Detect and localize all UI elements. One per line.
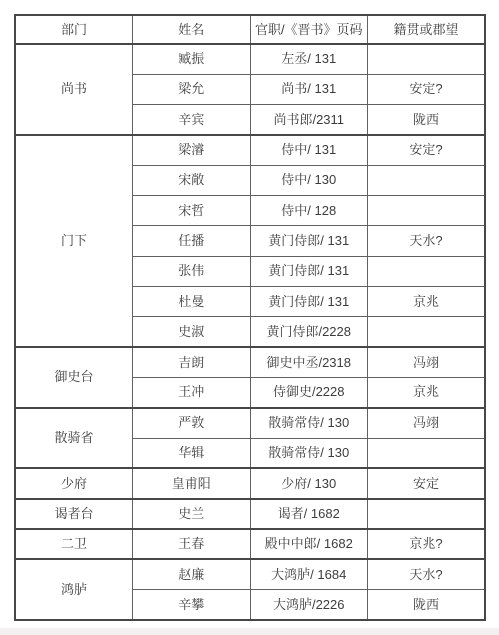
column-header-department: 部门	[15, 15, 133, 44]
origin-cell: 京兆?	[368, 529, 486, 559]
department-cell: 御史台	[15, 347, 133, 408]
origin-cell	[368, 438, 486, 468]
office-page-cell: 大鸿胪/2226	[250, 590, 368, 620]
department-cell: 鸿胪	[15, 559, 133, 620]
table-row: 散骑省严敦散骑常侍/ 130冯翊	[15, 408, 485, 438]
name-cell: 辛宾	[133, 105, 251, 135]
origin-cell	[368, 499, 486, 529]
origin-cell: 陇西	[368, 105, 486, 135]
name-cell: 宋敞	[133, 165, 251, 195]
origin-cell	[368, 256, 486, 286]
office-page-cell: 尚书/ 131	[250, 74, 368, 104]
table-row: 少府皇甫阳少府/ 130安定	[15, 468, 485, 498]
origin-cell: 天水?	[368, 559, 486, 589]
table-body: 尚书臧振左丞/ 131梁允尚书/ 131安定?辛宾尚书郎/2311陇西门下梁濬侍…	[15, 44, 485, 620]
table-row: 鸿胪赵廉大鸿胪/ 1684天水?	[15, 559, 485, 589]
origin-cell: 冯翊	[368, 408, 486, 438]
origin-cell	[368, 44, 486, 74]
name-cell: 严敦	[133, 408, 251, 438]
name-cell: 梁允	[133, 74, 251, 104]
origin-cell: 京兆	[368, 377, 486, 407]
office-page-cell: 散骑常侍/ 130	[250, 438, 368, 468]
office-page-cell: 黄门侍郎/ 131	[250, 287, 368, 317]
department-cell: 少府	[15, 468, 133, 498]
name-cell: 杜曼	[133, 287, 251, 317]
office-page-cell: 侍中/ 131	[250, 135, 368, 165]
origin-cell: 陇西	[368, 590, 486, 620]
office-page-cell: 黄门侍郎/ 131	[250, 226, 368, 256]
office-page-cell: 侍御史/2228	[250, 377, 368, 407]
office-page-cell: 散骑常侍/ 130	[250, 408, 368, 438]
origin-cell	[368, 165, 486, 195]
origin-cell: 安定?	[368, 135, 486, 165]
office-page-cell: 左丞/ 131	[250, 44, 368, 74]
office-page-cell: 少府/ 130	[250, 468, 368, 498]
name-cell: 宋哲	[133, 196, 251, 226]
name-cell: 王春	[133, 529, 251, 559]
name-cell: 臧振	[133, 44, 251, 74]
name-cell: 赵廉	[133, 559, 251, 589]
name-cell: 皇甫阳	[133, 468, 251, 498]
origin-cell	[368, 317, 486, 347]
name-cell: 华辑	[133, 438, 251, 468]
department-cell: 二卫	[15, 529, 133, 559]
office-page-cell: 黄门侍郎/2228	[250, 317, 368, 347]
origin-cell	[368, 196, 486, 226]
office-page-cell: 御史中丞/2318	[250, 347, 368, 377]
table-header: 部门 姓名 官职/《晋书》页码 籍贯或郡望	[15, 15, 485, 44]
page-bottom-strip	[0, 628, 499, 635]
header-row: 部门 姓名 官职/《晋书》页码 籍贯或郡望	[15, 15, 485, 44]
table-row: 尚书臧振左丞/ 131	[15, 44, 485, 74]
name-cell: 任播	[133, 226, 251, 256]
origin-cell: 天水?	[368, 226, 486, 256]
office-page-cell: 侍中/ 128	[250, 196, 368, 226]
office-page-cell: 尚书郎/2311	[250, 105, 368, 135]
office-page-cell: 侍中/ 130	[250, 165, 368, 195]
department-cell: 尚书	[15, 44, 133, 135]
name-cell: 史兰	[133, 499, 251, 529]
department-cell: 谒者台	[15, 499, 133, 529]
column-header-origin: 籍贯或郡望	[368, 15, 486, 44]
department-cell: 门下	[15, 135, 133, 347]
origin-cell: 京兆	[368, 287, 486, 317]
name-cell: 史淑	[133, 317, 251, 347]
name-cell: 吉朗	[133, 347, 251, 377]
origin-cell: 安定?	[368, 74, 486, 104]
officials-table: 部门 姓名 官职/《晋书》页码 籍贯或郡望 尚书臧振左丞/ 131梁允尚书/ 1…	[14, 14, 486, 621]
name-cell: 王冲	[133, 377, 251, 407]
table-row: 谒者台史兰谒者/ 1682	[15, 499, 485, 529]
column-header-name: 姓名	[133, 15, 251, 44]
origin-cell: 冯翊	[368, 347, 486, 377]
office-page-cell: 大鸿胪/ 1684	[250, 559, 368, 589]
name-cell: 辛攀	[133, 590, 251, 620]
table-row: 门下梁濬侍中/ 131安定?	[15, 135, 485, 165]
office-page-cell: 谒者/ 1682	[250, 499, 368, 529]
origin-cell: 安定	[368, 468, 486, 498]
office-page-cell: 黄门侍郎/ 131	[250, 256, 368, 286]
page: 部门 姓名 官职/《晋书》页码 籍贯或郡望 尚书臧振左丞/ 131梁允尚书/ 1…	[0, 0, 499, 635]
table-row: 御史台吉朗御史中丞/2318冯翊	[15, 347, 485, 377]
department-cell: 散骑省	[15, 408, 133, 469]
name-cell: 张伟	[133, 256, 251, 286]
name-cell: 梁濬	[133, 135, 251, 165]
office-page-cell: 殿中中郎/ 1682	[250, 529, 368, 559]
column-header-office-page: 官职/《晋书》页码	[250, 15, 368, 44]
table-row: 二卫王春殿中中郎/ 1682京兆?	[15, 529, 485, 559]
